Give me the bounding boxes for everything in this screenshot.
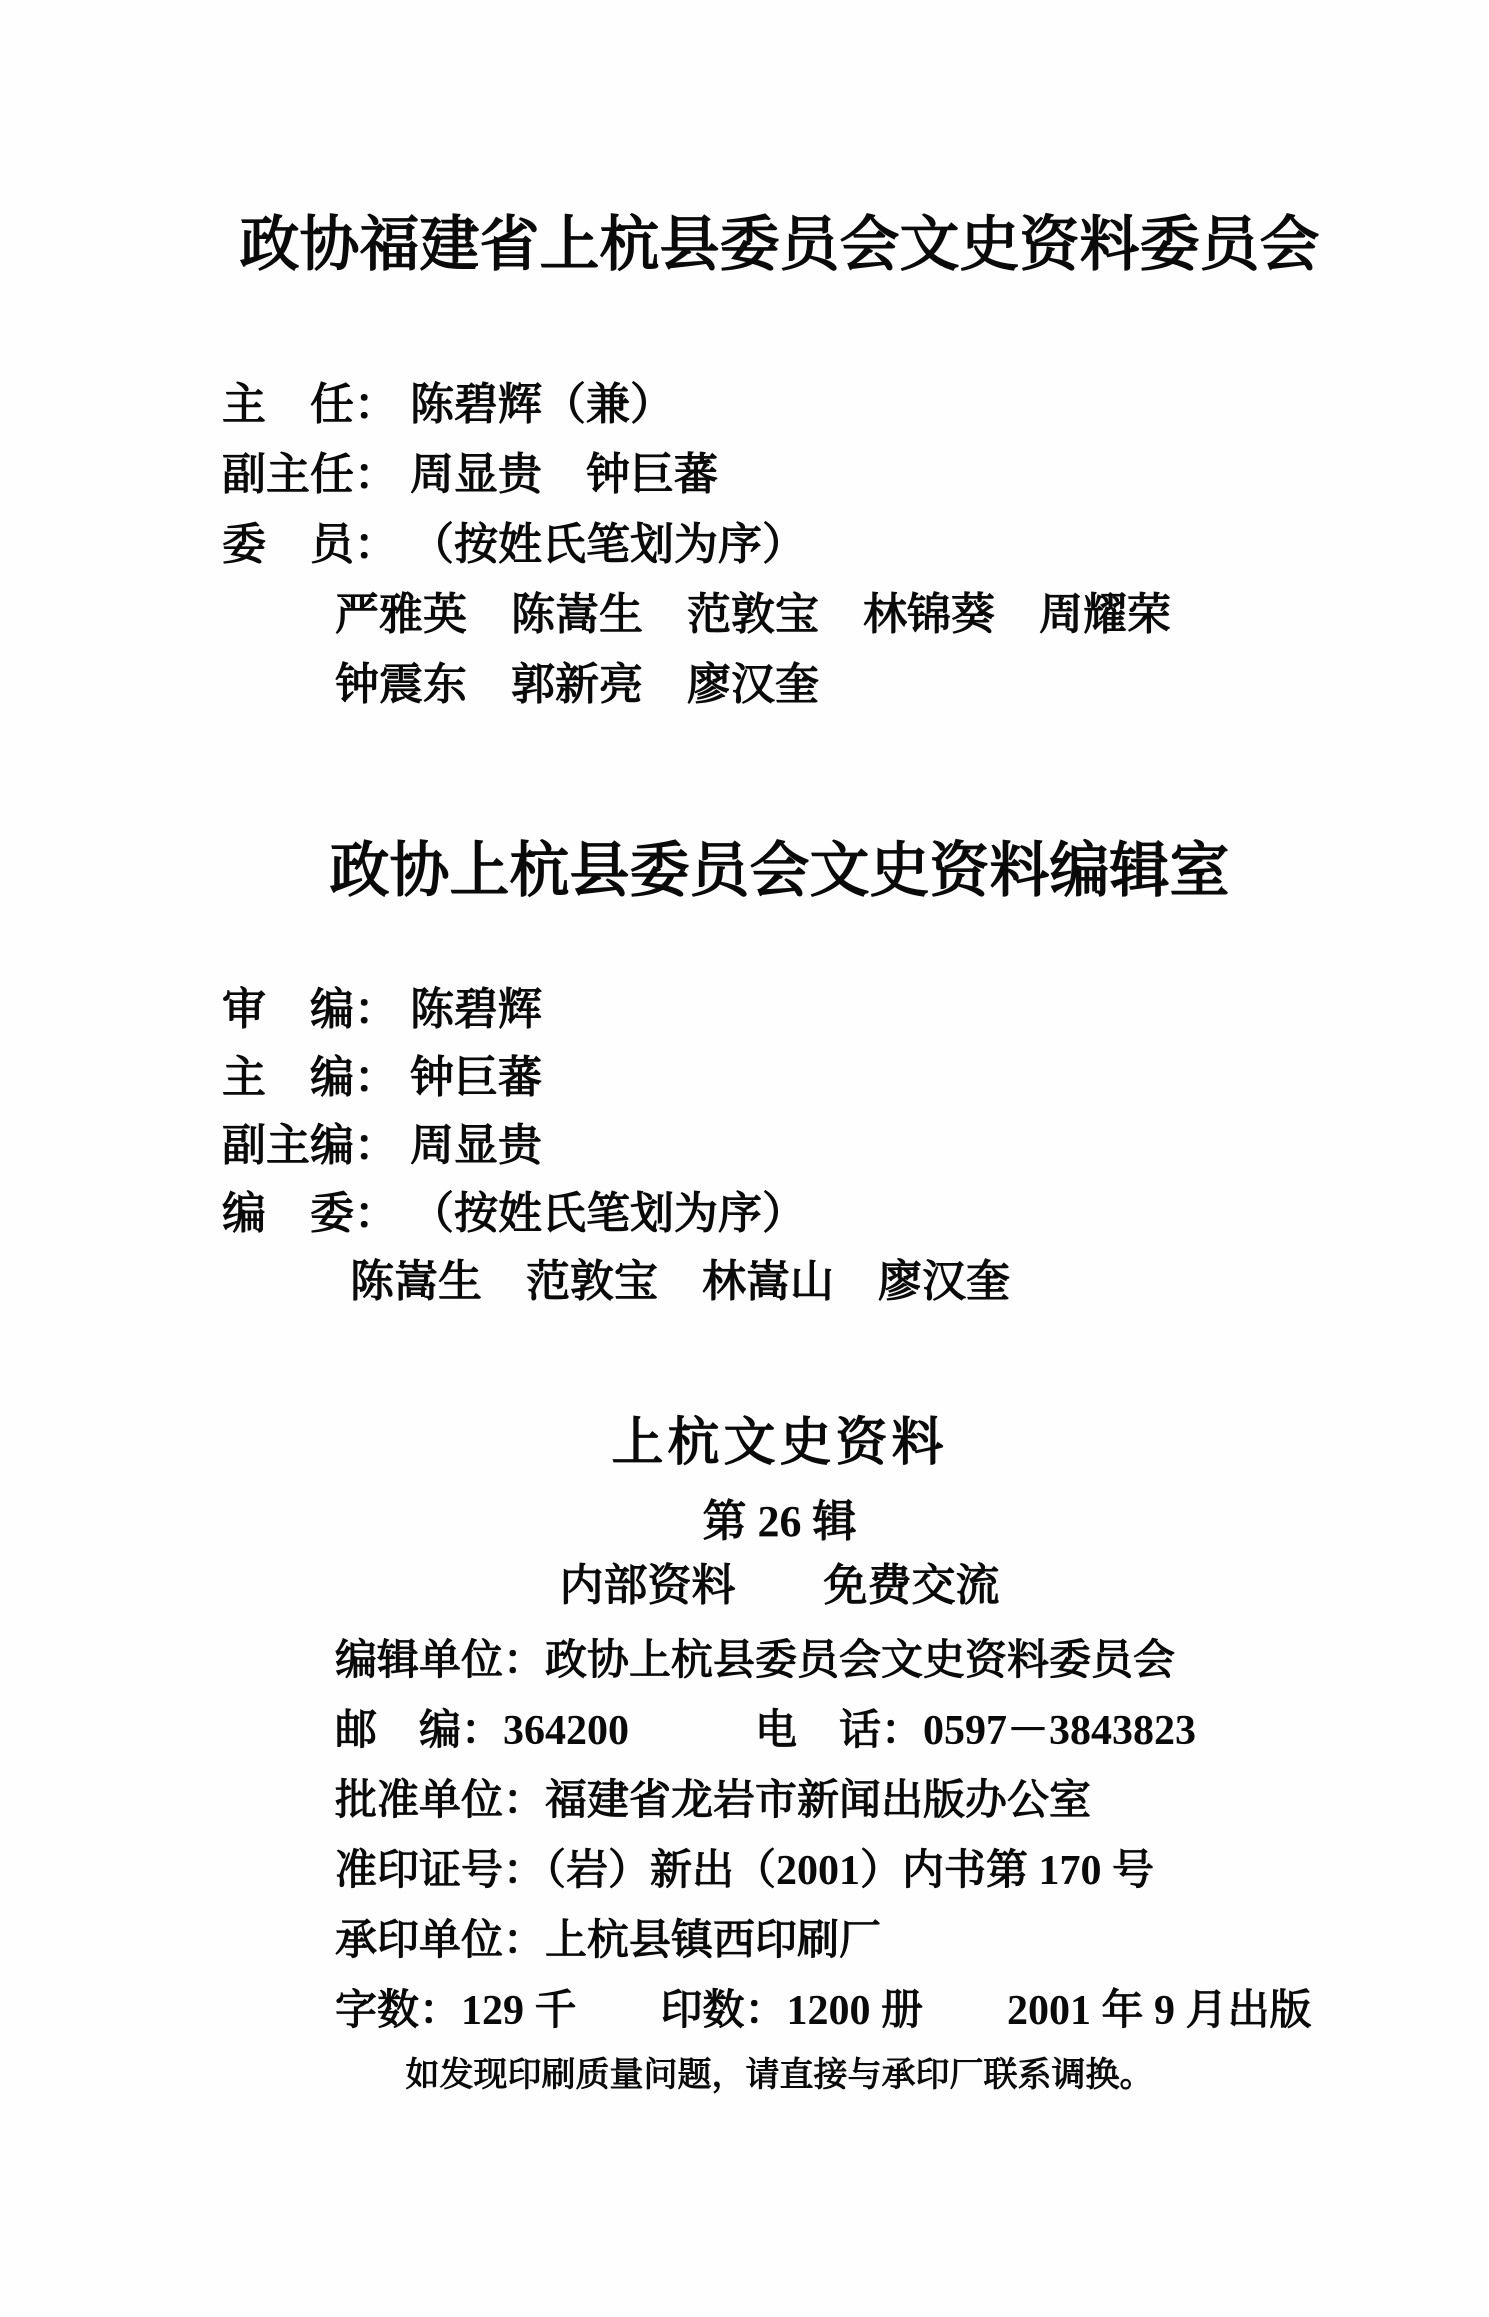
roster-row-deputy-directors: 副主任：周显贵 钟巨蕃: [222, 440, 1419, 510]
role-label: 审 编：: [222, 976, 398, 1044]
role-value: 周显贵: [410, 1121, 542, 1170]
imprint-line-approving-unit: 批准单位：福建省龙岩市新闻出版办公室: [335, 1766, 1419, 1836]
role-label: 副主任：: [222, 440, 398, 510]
page-content: 政协福建省上杭县委员会文史资料委员会 主 任：陈碧辉（兼） 副主任：周显贵 钟巨…: [140, 0, 1419, 2098]
publication-info-block: 上杭文史资料 第 26 辑 内部资料 免费交流 编辑单位：政协上杭县委员会文史资…: [140, 1414, 1419, 2098]
committee-roster: 主 任：陈碧辉（兼） 副主任：周显贵 钟巨蕃 委 员：（按姓氏笔划为序） 严雅英…: [140, 370, 1419, 720]
role-value: 陈碧辉: [410, 985, 542, 1034]
editorial-roster: 审 编：陈碧辉 主 编：钟巨蕃 副主编：周显贵 编 委：（按姓氏笔划为序） 陈嵩…: [140, 976, 1419, 1316]
member-names-line: 钟震东 郭新亮 廖汉奎: [335, 650, 1419, 720]
editorial-office-title: 政协上杭县委员会文史资料编辑室: [140, 838, 1419, 904]
role-value: 周显贵 钟巨蕃: [410, 450, 718, 499]
series-title: 上杭文史资料: [140, 1414, 1419, 1474]
quality-notice: 如发现印刷质量问题，请直接与承印厂联系调换。: [140, 2054, 1419, 2098]
role-label: 主 编：: [222, 1044, 398, 1112]
imprint-lines: 编辑单位：政协上杭县委员会文史资料委员会 邮 编：364200 电 话：0597…: [140, 1626, 1419, 2046]
imprint-line-print-run: 字数：129 千 印数：1200 册 2001 年 9 月出版: [335, 1976, 1419, 2046]
role-value: （按姓氏笔划为序）: [410, 1189, 806, 1238]
roster-row-chief-editor: 主 编：钟巨蕃: [222, 1044, 1419, 1112]
role-label: 副主编：: [222, 1112, 398, 1180]
imprint-line-postcode-phone: 邮 编：364200 电 话：0597－3843823: [335, 1696, 1419, 1766]
distribution-note: 内部资料 免费交流: [140, 1554, 1419, 1618]
role-label: 编 委：: [222, 1180, 398, 1248]
roster-row-editorial-board: 编 委：（按姓氏笔划为序）: [222, 1180, 1419, 1248]
role-value: 钟巨蕃: [410, 1053, 542, 1102]
imprint-line-printing-unit: 承印单位：上杭县镇西印刷厂: [335, 1906, 1419, 1976]
volume-number: 第 26 辑: [140, 1490, 1419, 1554]
roster-row-members: 委 员：（按姓氏笔划为序）: [222, 510, 1419, 580]
role-value: 陈碧辉（兼）: [410, 380, 674, 429]
colophon-page: 政协福建省上杭县委员会文史资料委员会 主 任：陈碧辉（兼） 副主任：周显贵 钟巨…: [0, 0, 1489, 2317]
role-label: 主 任：: [222, 370, 398, 440]
role-label: 委 员：: [222, 510, 398, 580]
roster-row-director: 主 任：陈碧辉（兼）: [222, 370, 1419, 440]
roster-row-deputy-editor: 副主编：周显贵: [222, 1112, 1419, 1180]
member-names-line: 严雅英 陈嵩生 范敦宝 林锦葵 周耀荣: [335, 580, 1419, 650]
imprint-line-editing-unit: 编辑单位：政协上杭县委员会文史资料委员会: [335, 1626, 1419, 1696]
committee-title: 政协福建省上杭县委员会文史资料委员会: [140, 0, 1419, 278]
role-value: （按姓氏笔划为序）: [410, 520, 806, 569]
imprint-line-permit-number: 准印证号：（岩）新出（2001）内书第 170 号: [335, 1836, 1419, 1906]
roster-row-reviewing-editor: 审 编：陈碧辉: [222, 976, 1419, 1044]
member-names-line: 陈嵩生 范敦宝 林嵩山 廖汉奎: [350, 1248, 1419, 1316]
